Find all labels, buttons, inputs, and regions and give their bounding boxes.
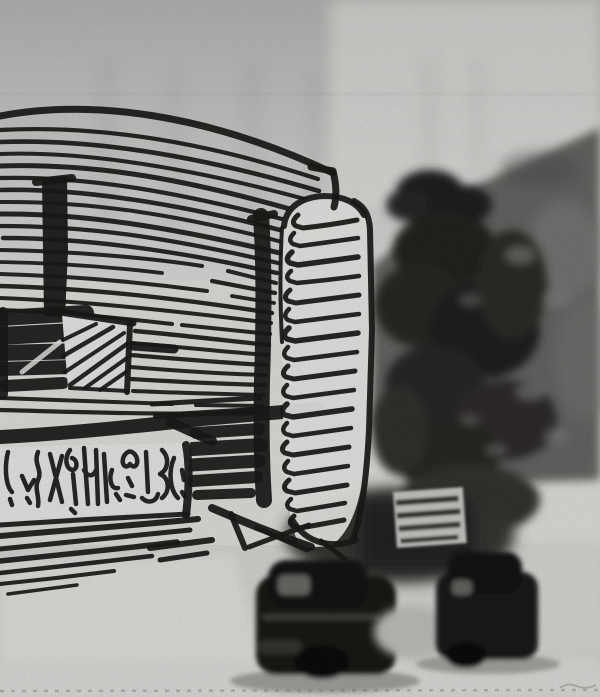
photocopy-grain [0,0,600,697]
scanned-photo-page [0,0,600,697]
scene-canvas [0,0,600,697]
